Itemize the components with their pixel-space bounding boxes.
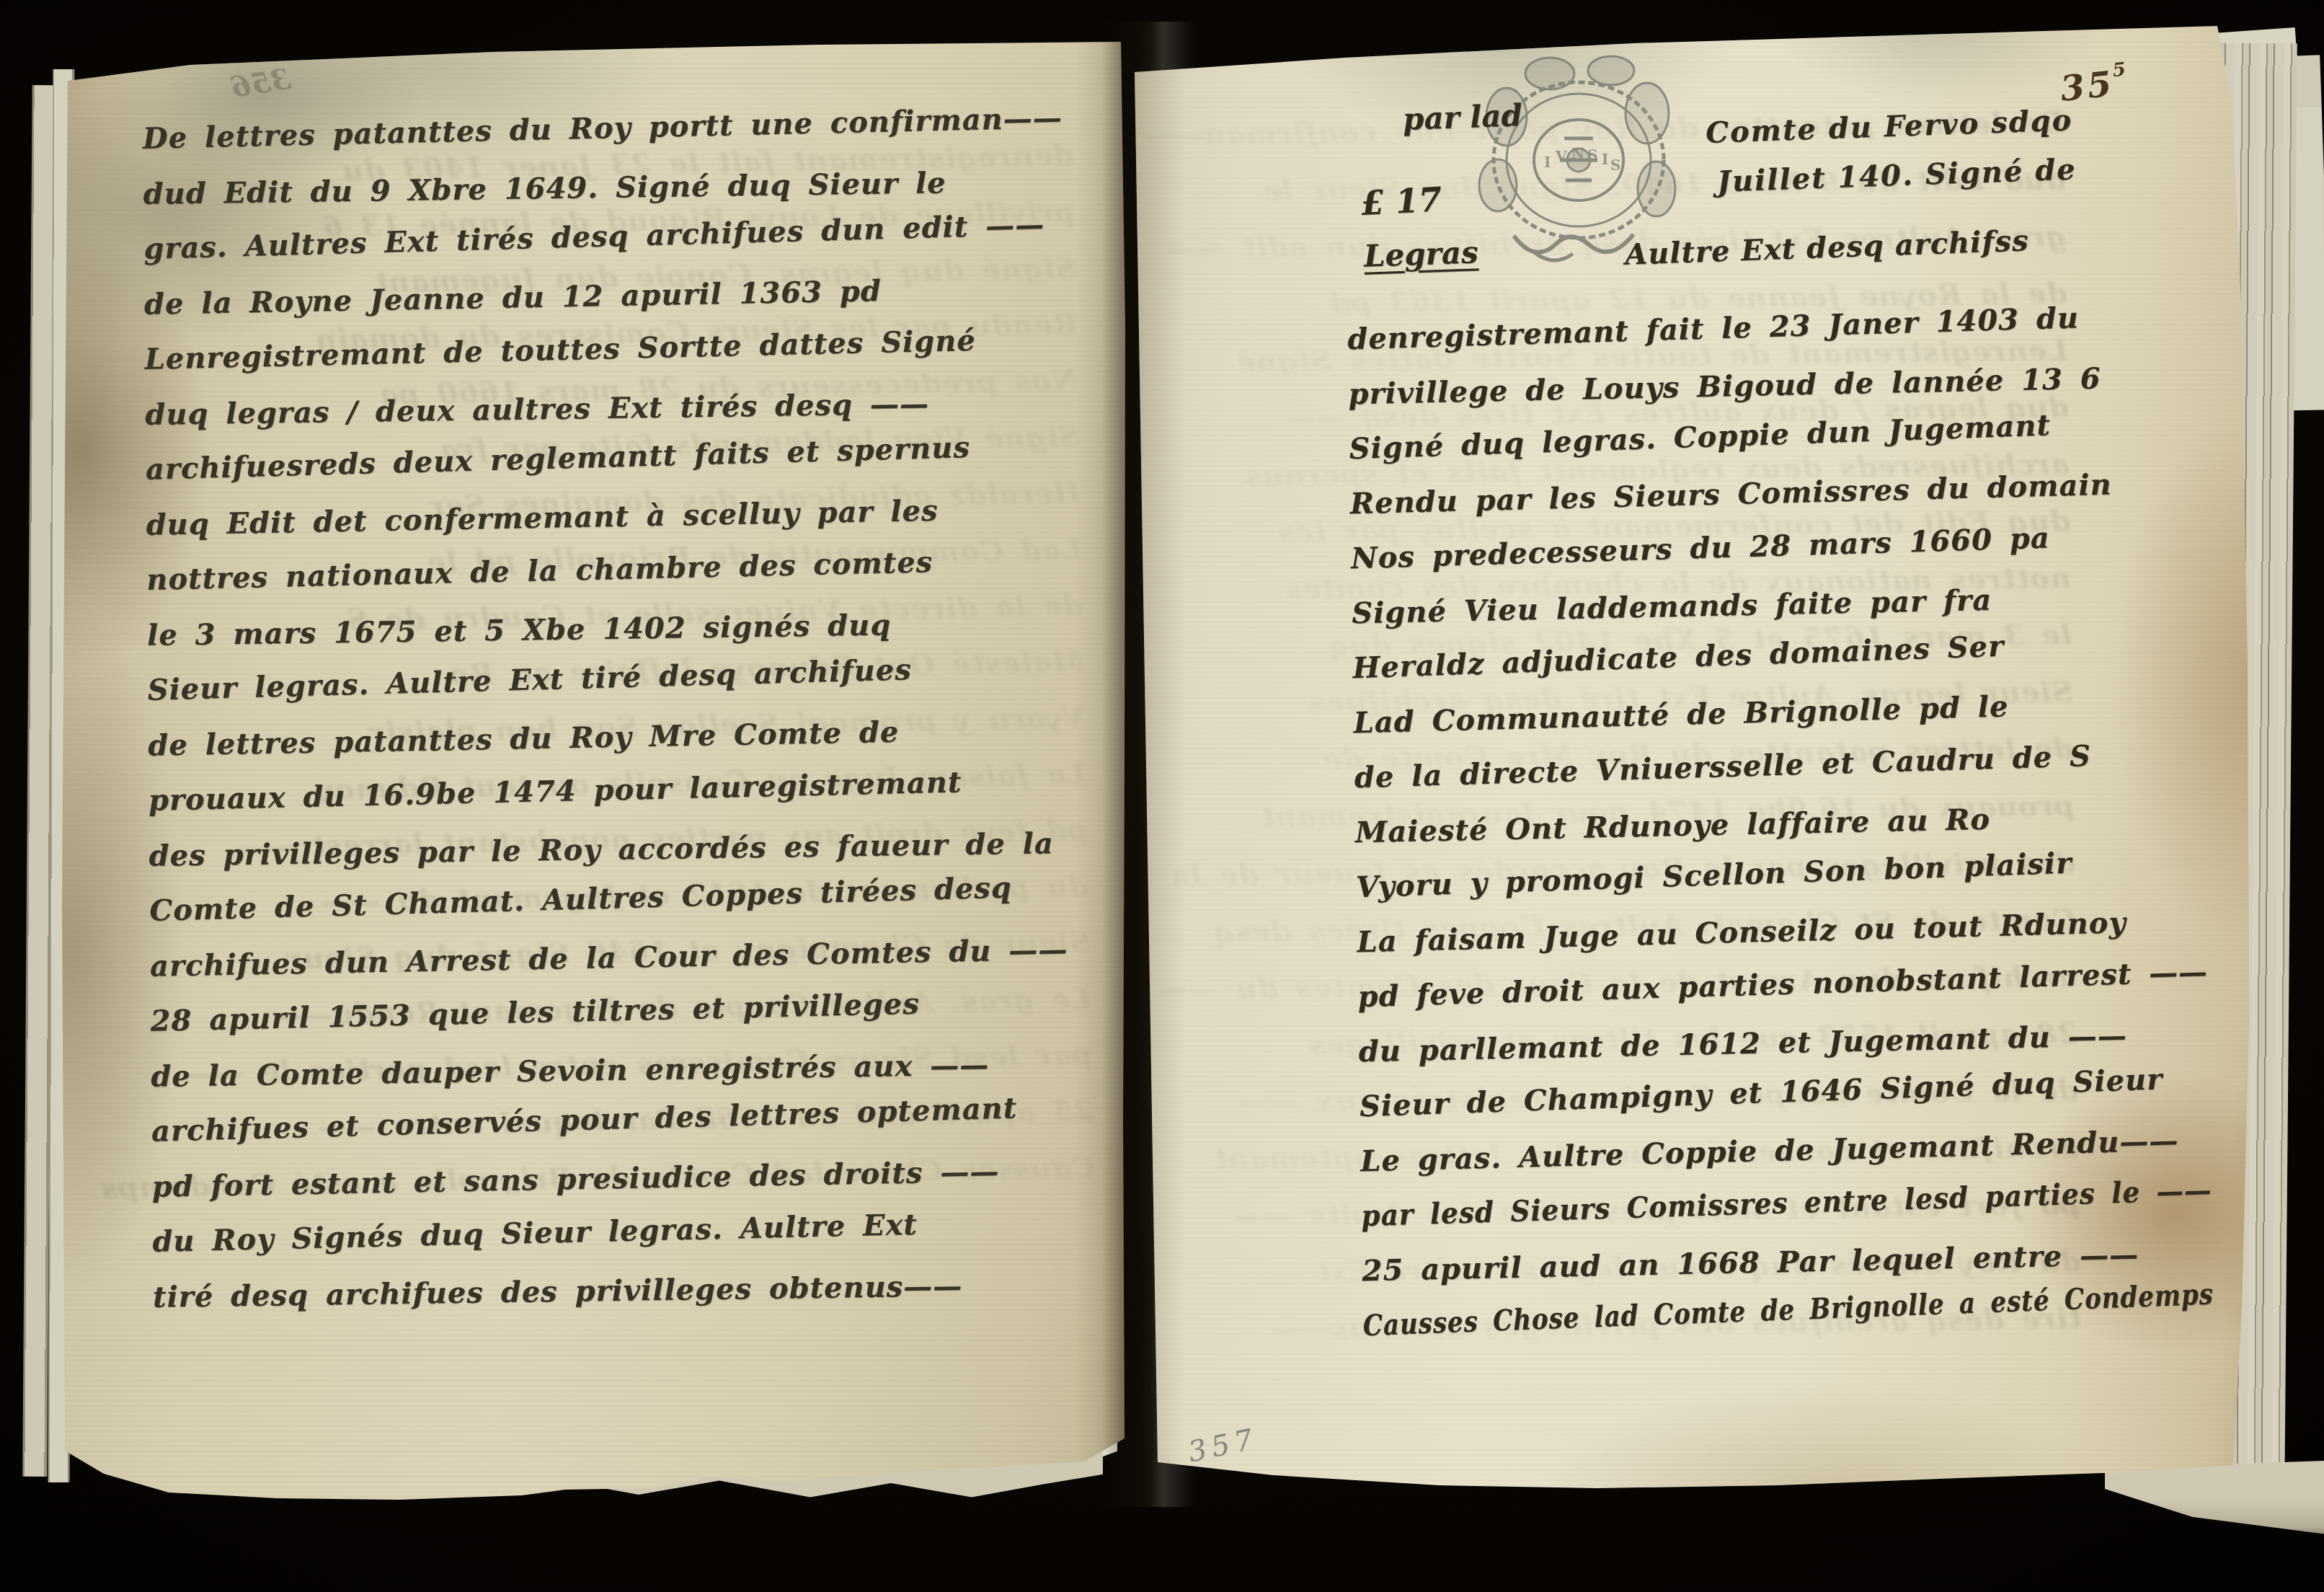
svg-text:I: I: [1602, 151, 1608, 168]
page-number-flourish: 5: [2111, 58, 2129, 81]
left-page: denregistremant fait le 23 Janer 1403 du…: [61, 37, 1129, 1513]
svg-text:I: I: [1544, 154, 1551, 171]
bottom-right-page-stack: [2105, 1461, 2324, 1555]
folio-number-bleedthrough: 356: [229, 62, 293, 105]
header-fragment: Legras: [1363, 234, 1478, 274]
book-spread: denregistremant fait le 23 Janer 1403 du…: [0, 0, 2324, 1592]
svg-text:S: S: [1610, 156, 1620, 174]
header-fragment: par lad: [1402, 97, 1522, 137]
header-fragment: £ 17: [1360, 180, 1443, 223]
page-number: 355: [2058, 58, 2132, 110]
svg-text:S: S: [1587, 146, 1597, 164]
pencil-folio-number: 357: [1185, 1422, 1261, 1469]
left-page-text-block: De lettres patanttes du Roy portt une co…: [143, 104, 1112, 1326]
right-page-text-block: denregistremant fait le 23 Janer 1403 du…: [1347, 300, 2214, 1354]
svg-text:V: V: [1555, 148, 1567, 165]
right-page: De lettres patanttes du Roy portt une co…: [1129, 14, 2253, 1531]
svg-text:N: N: [1571, 145, 1584, 162]
manuscript-line: tiré desq archifues des privilleges obte…: [153, 1257, 1112, 1326]
